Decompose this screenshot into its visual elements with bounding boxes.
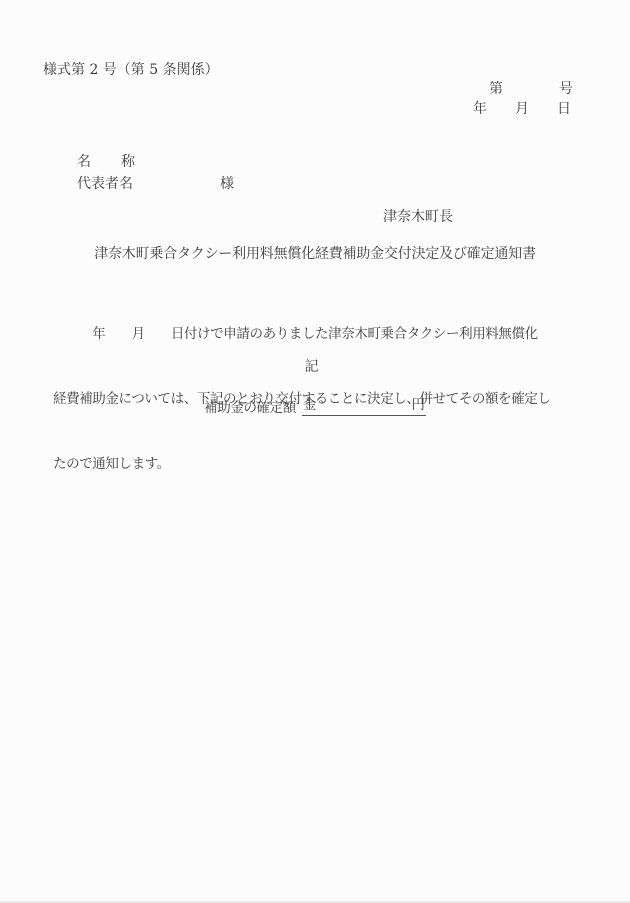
amount-blank-field: 金 円 <box>302 399 426 416</box>
issue-date-line: 年 月 日 <box>473 102 571 116</box>
currency-suffix: 円 <box>411 399 425 413</box>
amount-line: 補助金の確定額 金 円 <box>0 399 630 416</box>
recipient-representative-line: 代表者名 様 <box>77 177 234 191</box>
honorific-label: 様 <box>220 177 234 191</box>
representative-label: 代表者名 <box>77 177 133 191</box>
document-title: 津奈木町乗合タクシー利用料無償化経費補助金交付決定及び確定通知書 <box>0 247 630 261</box>
record-marker: 記 <box>0 360 623 374</box>
sender-title: 津奈木町長 <box>383 210 453 224</box>
amount-label: 補助金の確定額 <box>204 402 296 416</box>
body-line-1: 年 月 日付けで申請のありました津奈木町乗合タクシー利用料無償化 <box>53 324 551 346</box>
currency-prefix: 金 <box>303 399 317 413</box>
document-page: 様式第 2 号（第 5 条関係） 第 号 年 月 日 名 称 代表者名 様 津奈… <box>0 0 630 903</box>
issue-number-line: 第 号 <box>489 82 573 96</box>
form-number: 様式第 2 号（第 5 条関係） <box>43 63 219 77</box>
recipient-name-label: 名 称 <box>77 155 143 169</box>
body-line-3: たので通知します。 <box>53 454 551 476</box>
